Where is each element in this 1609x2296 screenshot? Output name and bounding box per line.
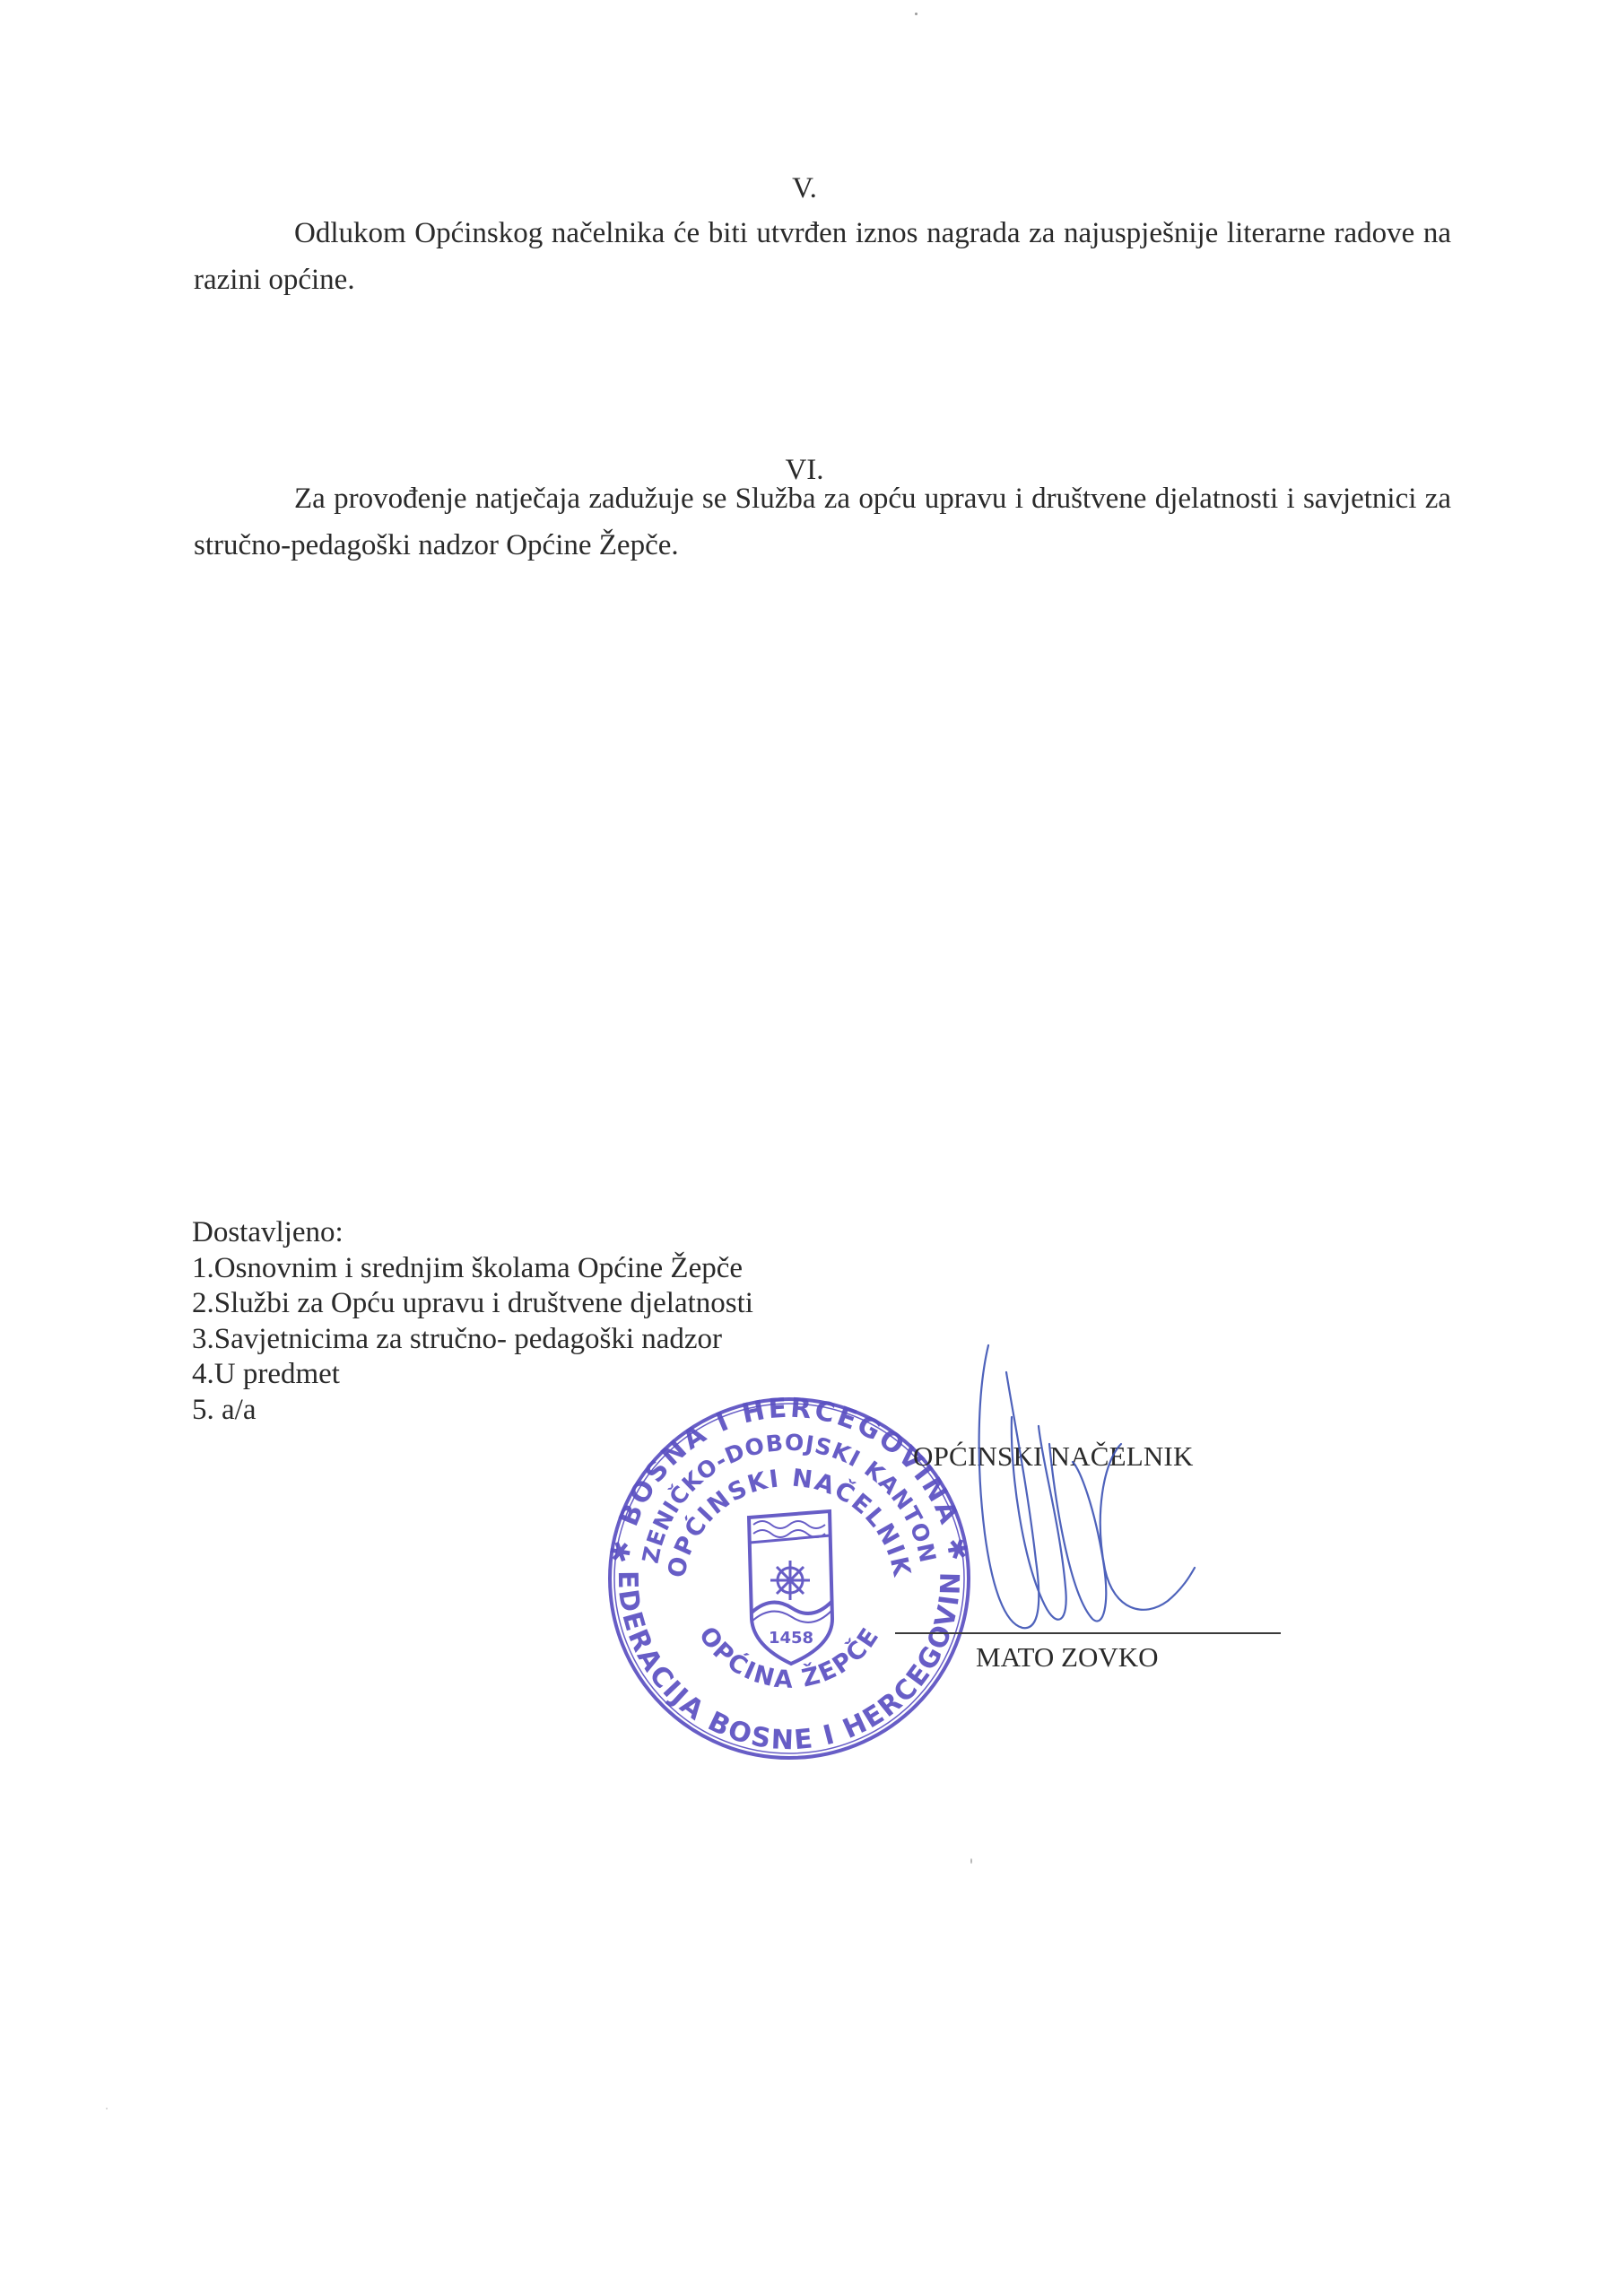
stamp-crest-year: 1458 — [769, 1629, 813, 1648]
section-vi-text: Za provođenje natječaja zadužuje se Služ… — [194, 475, 1451, 569]
distribution-item: 3.Savjetnicima za stručno- pedagoški nad… — [192, 1322, 753, 1358]
handwritten-signature — [960, 1336, 1229, 1641]
distribution-item: 4.U predmet — [192, 1357, 753, 1393]
distribution-item: 2.Službi za Opću upravu i društvene djel… — [192, 1286, 753, 1322]
scan-speck — [106, 2108, 108, 2109]
scan-speck — [915, 13, 918, 15]
distribution-item: 1.Osnovnim i srednjim školama Općine Žep… — [192, 1251, 753, 1287]
section-v-numeral: V. — [0, 170, 1609, 206]
section-v-text: Odlukom Općinskog načelnika će biti utvr… — [194, 210, 1451, 303]
scan-speck — [970, 1858, 972, 1864]
signatory-name: MATO ZOVKO — [976, 1641, 1159, 1674]
document-page: V. Odlukom Općinskog načelnika će biti u… — [0, 0, 1609, 2296]
distribution-label: Dostavljeno: — [192, 1215, 753, 1251]
signature-line — [895, 1632, 1281, 1634]
